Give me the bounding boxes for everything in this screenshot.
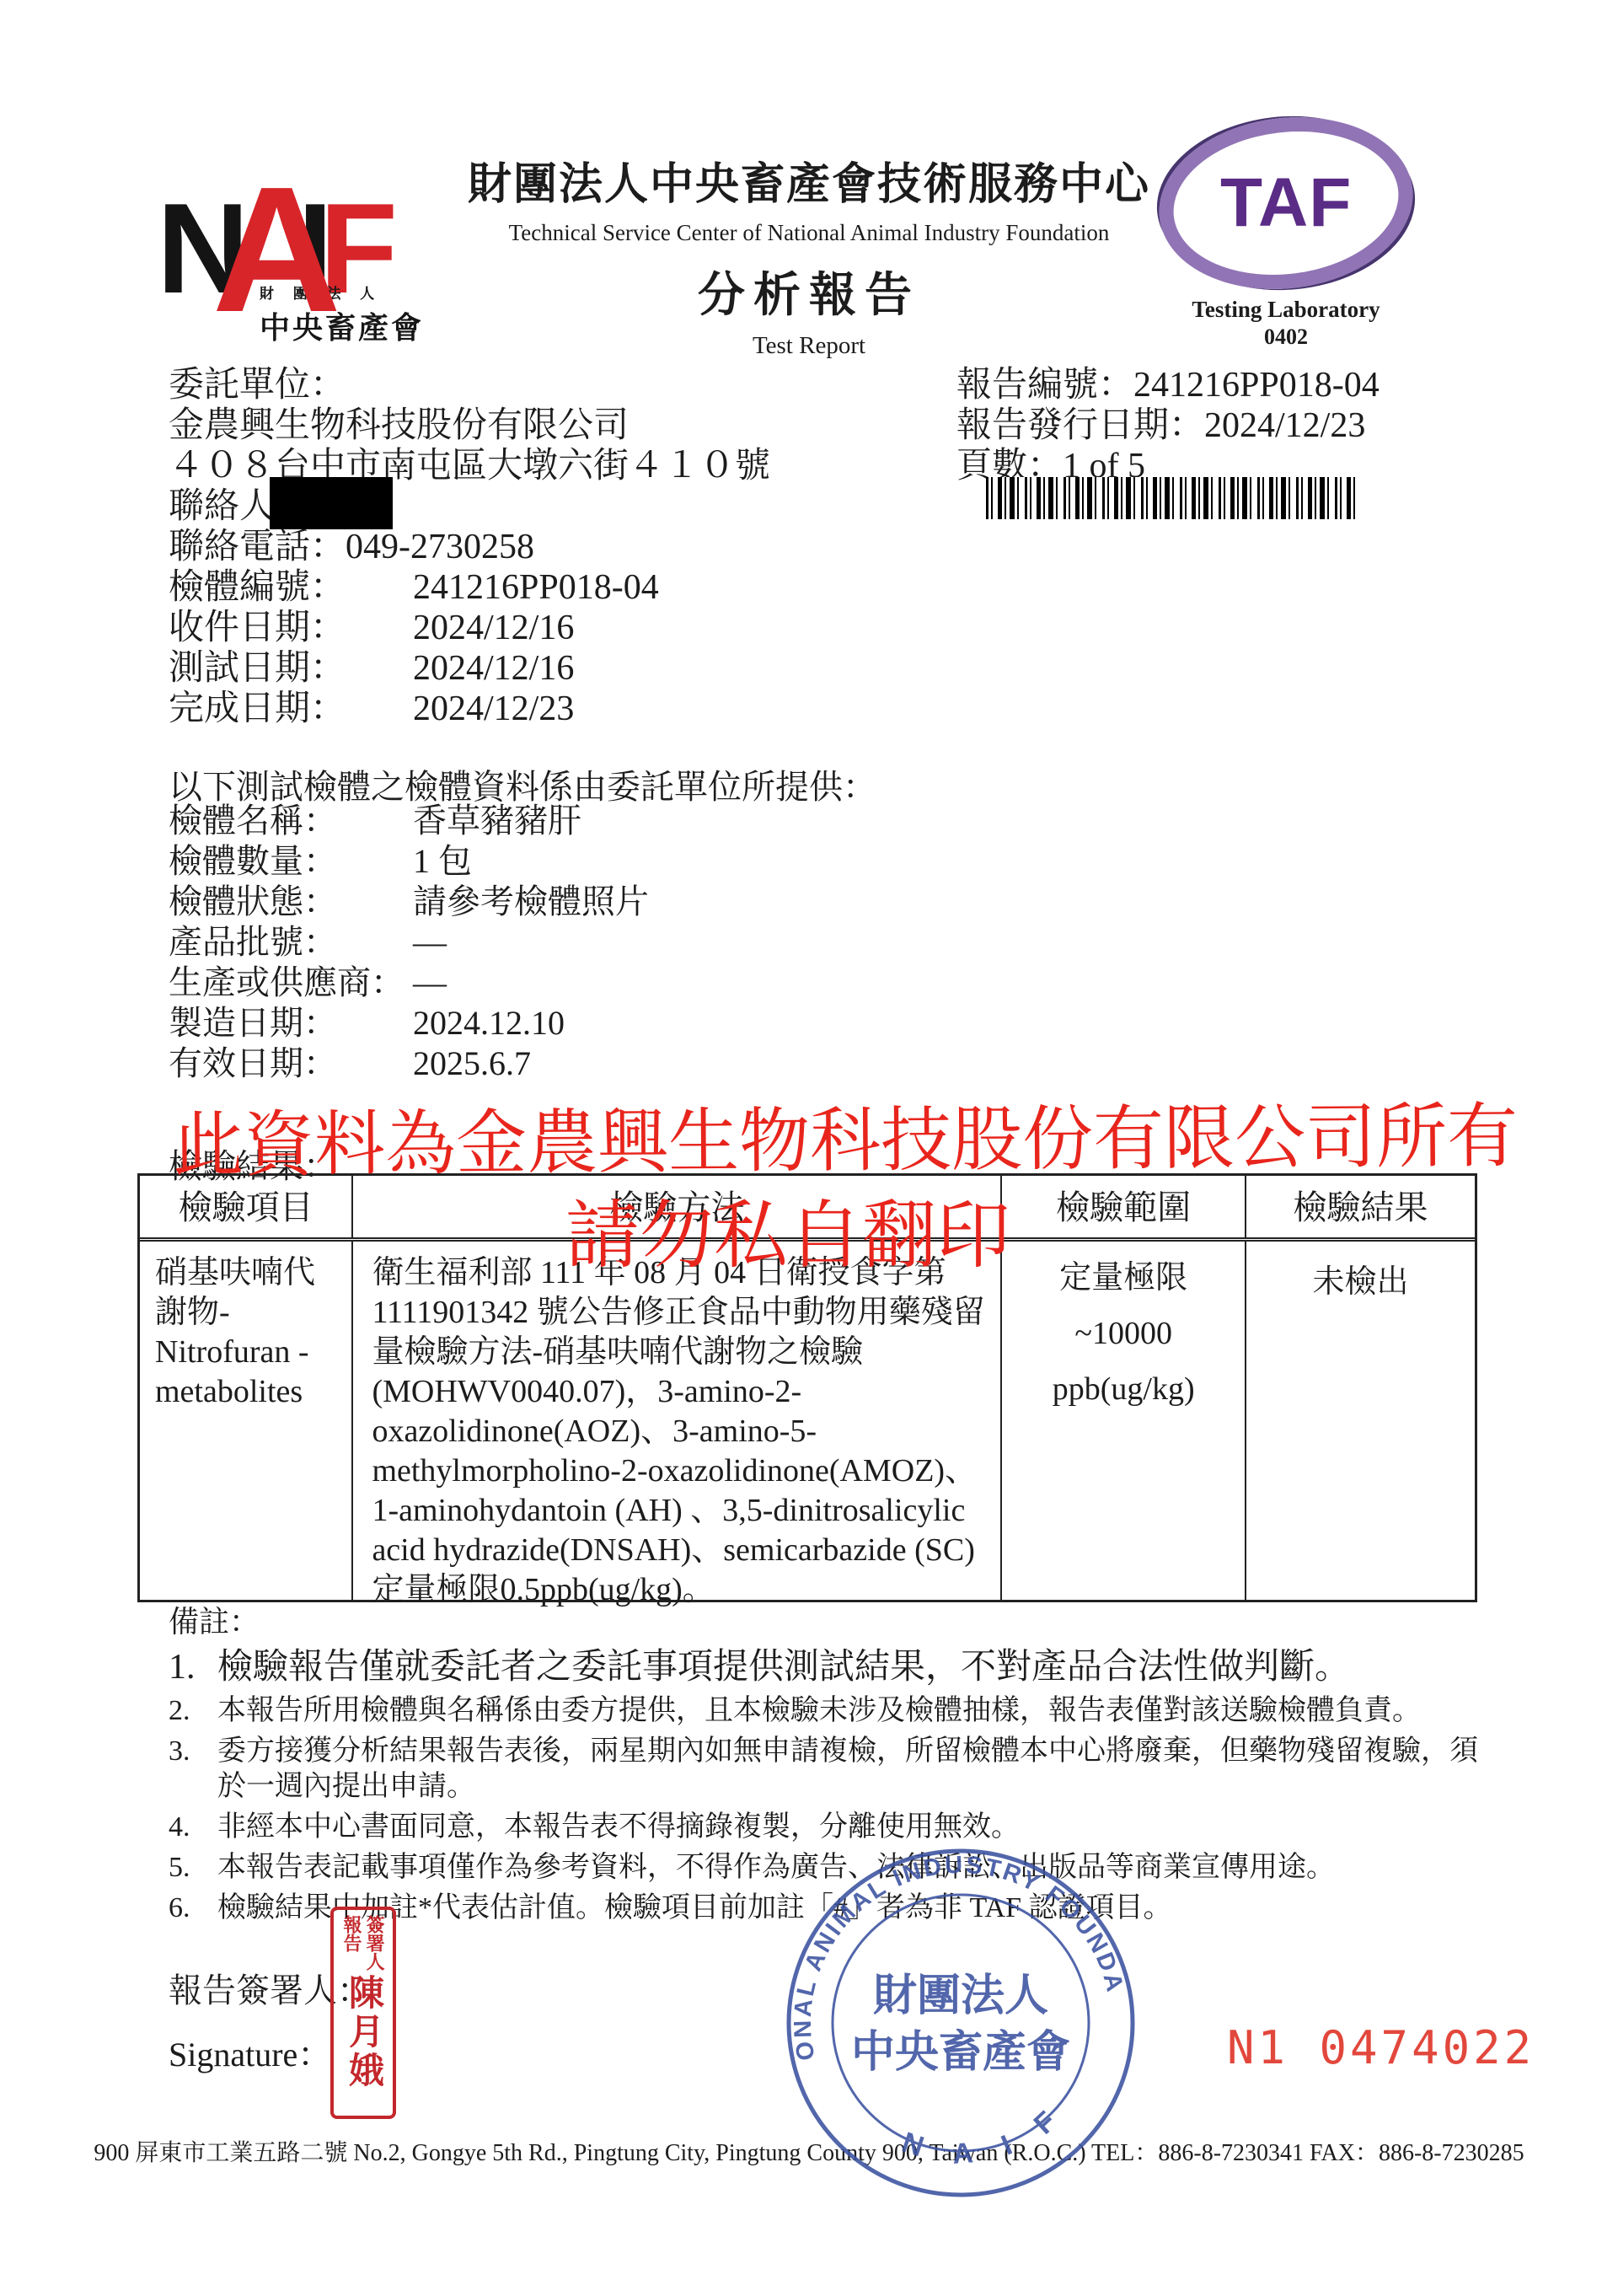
results-table-row: 硝基呋喃代 謝物- Nitrofuran - metabolites 衛生福利部… <box>140 1242 1475 1600</box>
client-phone-label: 聯絡電話： <box>169 528 346 566</box>
signer-stamp-title-right: 簽署人 <box>365 1915 384 1971</box>
taf-lab-number: 0402 <box>1143 325 1429 350</box>
sample-qty-row: 檢體數量：1 包 <box>169 841 649 882</box>
note-1-number: 1. <box>143 1646 217 1688</box>
expiry-date-value: 2025.6.7 <box>413 1044 531 1082</box>
client-phone-row: 聯絡電話：049-2730258 <box>169 527 770 567</box>
sample-qty-value: 1 包 <box>413 842 472 880</box>
seal-inner-line2: 中央畜產會 <box>851 2028 1070 2077</box>
sample-number-label: 檢體編號： <box>169 567 413 608</box>
org-title-en: Technical Service Center of National Ani… <box>438 220 1180 246</box>
sample-info-block: 檢體名稱：香草豬豬肝 檢體數量：1 包 檢體狀態：請參考檢體照片 產品批號：— … <box>169 801 649 1084</box>
sample-name-row: 檢體名稱：香草豬豬肝 <box>169 801 649 841</box>
client-address: ４０８台中市南屯區大墩六街４１０號 <box>169 446 770 486</box>
received-date-value: 2024/12/16 <box>413 609 574 647</box>
issue-date-row: 報告發行日期：2024/12/23 <box>956 405 1380 446</box>
test-date-label: 測試日期： <box>169 648 413 689</box>
test-item-line4: metabolites <box>155 1372 346 1412</box>
test-report-page: NAIF 財 團 法 人 中央畜產會 財團法人中央畜產會技術服務中心 Techn… <box>0 0 1618 2296</box>
batch-row: 產品批號：— <box>169 922 649 963</box>
serial-number: N1 0474022 <box>1227 2021 1535 2074</box>
note-item-1: 1.檢驗報告僅就委託者之委託事項提供測試結果，不對產品合法性做判斷。 <box>143 1646 1500 1688</box>
note-4-number: 4. <box>143 1810 217 1845</box>
test-date-row: 測試日期：2024/12/16 <box>169 648 770 689</box>
client-info-block: 委託單位： 金農興生物科技股份有限公司 ４０８台中市南屯區大墩六街４１０號 聯絡… <box>169 365 770 729</box>
sample-state-row: 檢體狀態：請參考檢體照片 <box>169 882 649 922</box>
signer-stamp-name: 陳月娥 <box>338 1974 388 2090</box>
supplier-row: 生產或供應商：— <box>169 963 649 1003</box>
note-item-3: 3.委方接獲分析結果報告表後，兩星期內如無申請複檢，所留檢體本中心將廢棄，但藥物… <box>143 1734 1500 1805</box>
note-3-number: 3. <box>143 1734 217 1805</box>
sample-name-value: 香草豬豬肝 <box>413 802 581 840</box>
report-info-block: 報告編號：241216PP018-04 報告發行日期：2024/12/23 頁數… <box>956 365 1380 486</box>
redaction-box <box>270 477 393 529</box>
client-unit-label: 委託單位： <box>169 365 770 405</box>
client-company: 金農興生物科技股份有限公司 <box>169 405 770 446</box>
client-phone-value: 049-2730258 <box>346 528 534 566</box>
document-header: 財團法人中央畜產會技術服務中心 Technical Service Center… <box>438 148 1180 360</box>
received-date-label: 收件日期： <box>169 608 413 648</box>
completion-date-label: 完成日期： <box>169 689 413 729</box>
sample-number-row: 檢體編號：241216PP018-04 <box>169 567 770 608</box>
note-6-number: 6. <box>143 1891 217 1926</box>
test-item-line3: Nitrofuran - <box>155 1333 346 1372</box>
issue-date-value: 2024/12/23 <box>1204 406 1365 445</box>
naif-letter-a: A <box>212 160 341 339</box>
sample-state-label: 檢體狀態： <box>169 882 413 922</box>
batch-value: — <box>413 923 447 961</box>
mfg-date-row: 製造日期：2024.12.10 <box>169 1003 649 1043</box>
taf-text: TAF <box>1220 164 1352 243</box>
mfg-date-label: 製造日期： <box>169 1003 413 1043</box>
expiry-date-label: 有效日期： <box>169 1043 413 1084</box>
test-range-line3: ppb(ug/kg) <box>1002 1361 1245 1417</box>
signer-stamp-title: 報告 簽署人 <box>342 1915 384 1971</box>
note-item-2: 2.本報告所用檢體與名稱係由委方提供，且本檢驗未涉及檢體抽樣，報告表僅對該送驗檢… <box>143 1693 1500 1729</box>
completion-date-row: 完成日期：2024/12/23 <box>169 689 770 729</box>
cell-test-method: 衛生福利部 111 年 08 月 04 日衛授食字第 1111901342 號公… <box>353 1242 1002 1600</box>
expiry-date-row: 有效日期：2025.6.7 <box>169 1043 649 1084</box>
org-title-zh: 財團法人中央畜產會技術服務中心 <box>438 148 1180 212</box>
supplier-label: 生產或供應商： <box>169 963 413 1003</box>
note-2-text: 本報告所用檢體與名稱係由委方提供，且本檢驗未涉及檢體抽樣，報告表僅對該送驗檢體負… <box>217 1693 1500 1729</box>
signer-label-en: Signature： <box>169 2028 331 2076</box>
watermark-line1: 此資料為金農興生物科技股份有限公司所有 <box>173 1079 1522 1190</box>
test-range-line2: ~10000 <box>1002 1306 1245 1361</box>
taf-logo-icon: TAF Testing Laboratory 0402 <box>1143 118 1429 350</box>
issue-date-label: 報告發行日期： <box>956 406 1204 445</box>
test-item-line2: 謝物- <box>155 1293 346 1333</box>
signer-stamp-title-left: 報告 <box>342 1915 362 1971</box>
client-contact-label: 聯絡人： <box>169 486 770 527</box>
received-date-row: 收件日期：2024/12/16 <box>169 608 770 648</box>
sample-name-label: 檢體名稱： <box>169 801 413 841</box>
signer-stamp-icon: 報告 簽署人 陳月娥 <box>330 1907 396 2119</box>
taf-ellipse-icon: TAF <box>1149 103 1422 303</box>
report-number-value: 241216PP018-04 <box>1133 366 1380 405</box>
sample-number-value: 241216PP018-04 <box>413 568 659 607</box>
supplier-value: — <box>413 963 447 1001</box>
report-number-row: 報告編號：241216PP018-04 <box>956 365 1380 405</box>
seal-inner-line1: 財團法人 <box>873 1971 1048 2020</box>
report-number-label: 報告編號： <box>956 366 1133 405</box>
note-2-number: 2. <box>143 1693 217 1729</box>
cell-test-range: 定量極限 ~10000 ppb(ug/kg) <box>1002 1242 1246 1600</box>
report-title-en: Test Report <box>438 332 1180 360</box>
note-3-text: 委方接獲分析結果報告表後，兩星期內如無申請複檢，所留檢體本中心將廢棄，但藥物殘留… <box>217 1734 1500 1805</box>
cell-test-result: 未檢出 <box>1246 1242 1475 1600</box>
report-barcode-icon <box>986 477 1357 519</box>
completion-date-value: 2024/12/23 <box>413 689 574 728</box>
foundation-seal-icon: NATIONAL ANIMAL INDUSTRY FOUNDATION N A … <box>775 1837 1146 2208</box>
cell-test-item: 硝基呋喃代 謝物- Nitrofuran - metabolites <box>140 1242 353 1600</box>
report-title-zh: 分析報告 <box>438 258 1180 325</box>
note-5-number: 5. <box>143 1850 217 1886</box>
watermark-line2: 請勿私自翻印 <box>0 1177 1576 1283</box>
mfg-date-value: 2024.12.10 <box>413 1004 565 1042</box>
note-1-text: 檢驗報告僅就委託者之委託事項提供測試結果，不對產品合法性做判斷。 <box>217 1646 1500 1688</box>
batch-label: 產品批號： <box>169 922 413 963</box>
taf-testing-laboratory: Testing Laboratory <box>1143 297 1429 323</box>
sample-qty-label: 檢體數量： <box>169 841 413 882</box>
sample-state-value: 請參考檢體照片 <box>413 882 649 920</box>
test-date-value: 2024/12/16 <box>413 649 574 688</box>
notes-label: 備註： <box>169 1598 1500 1641</box>
